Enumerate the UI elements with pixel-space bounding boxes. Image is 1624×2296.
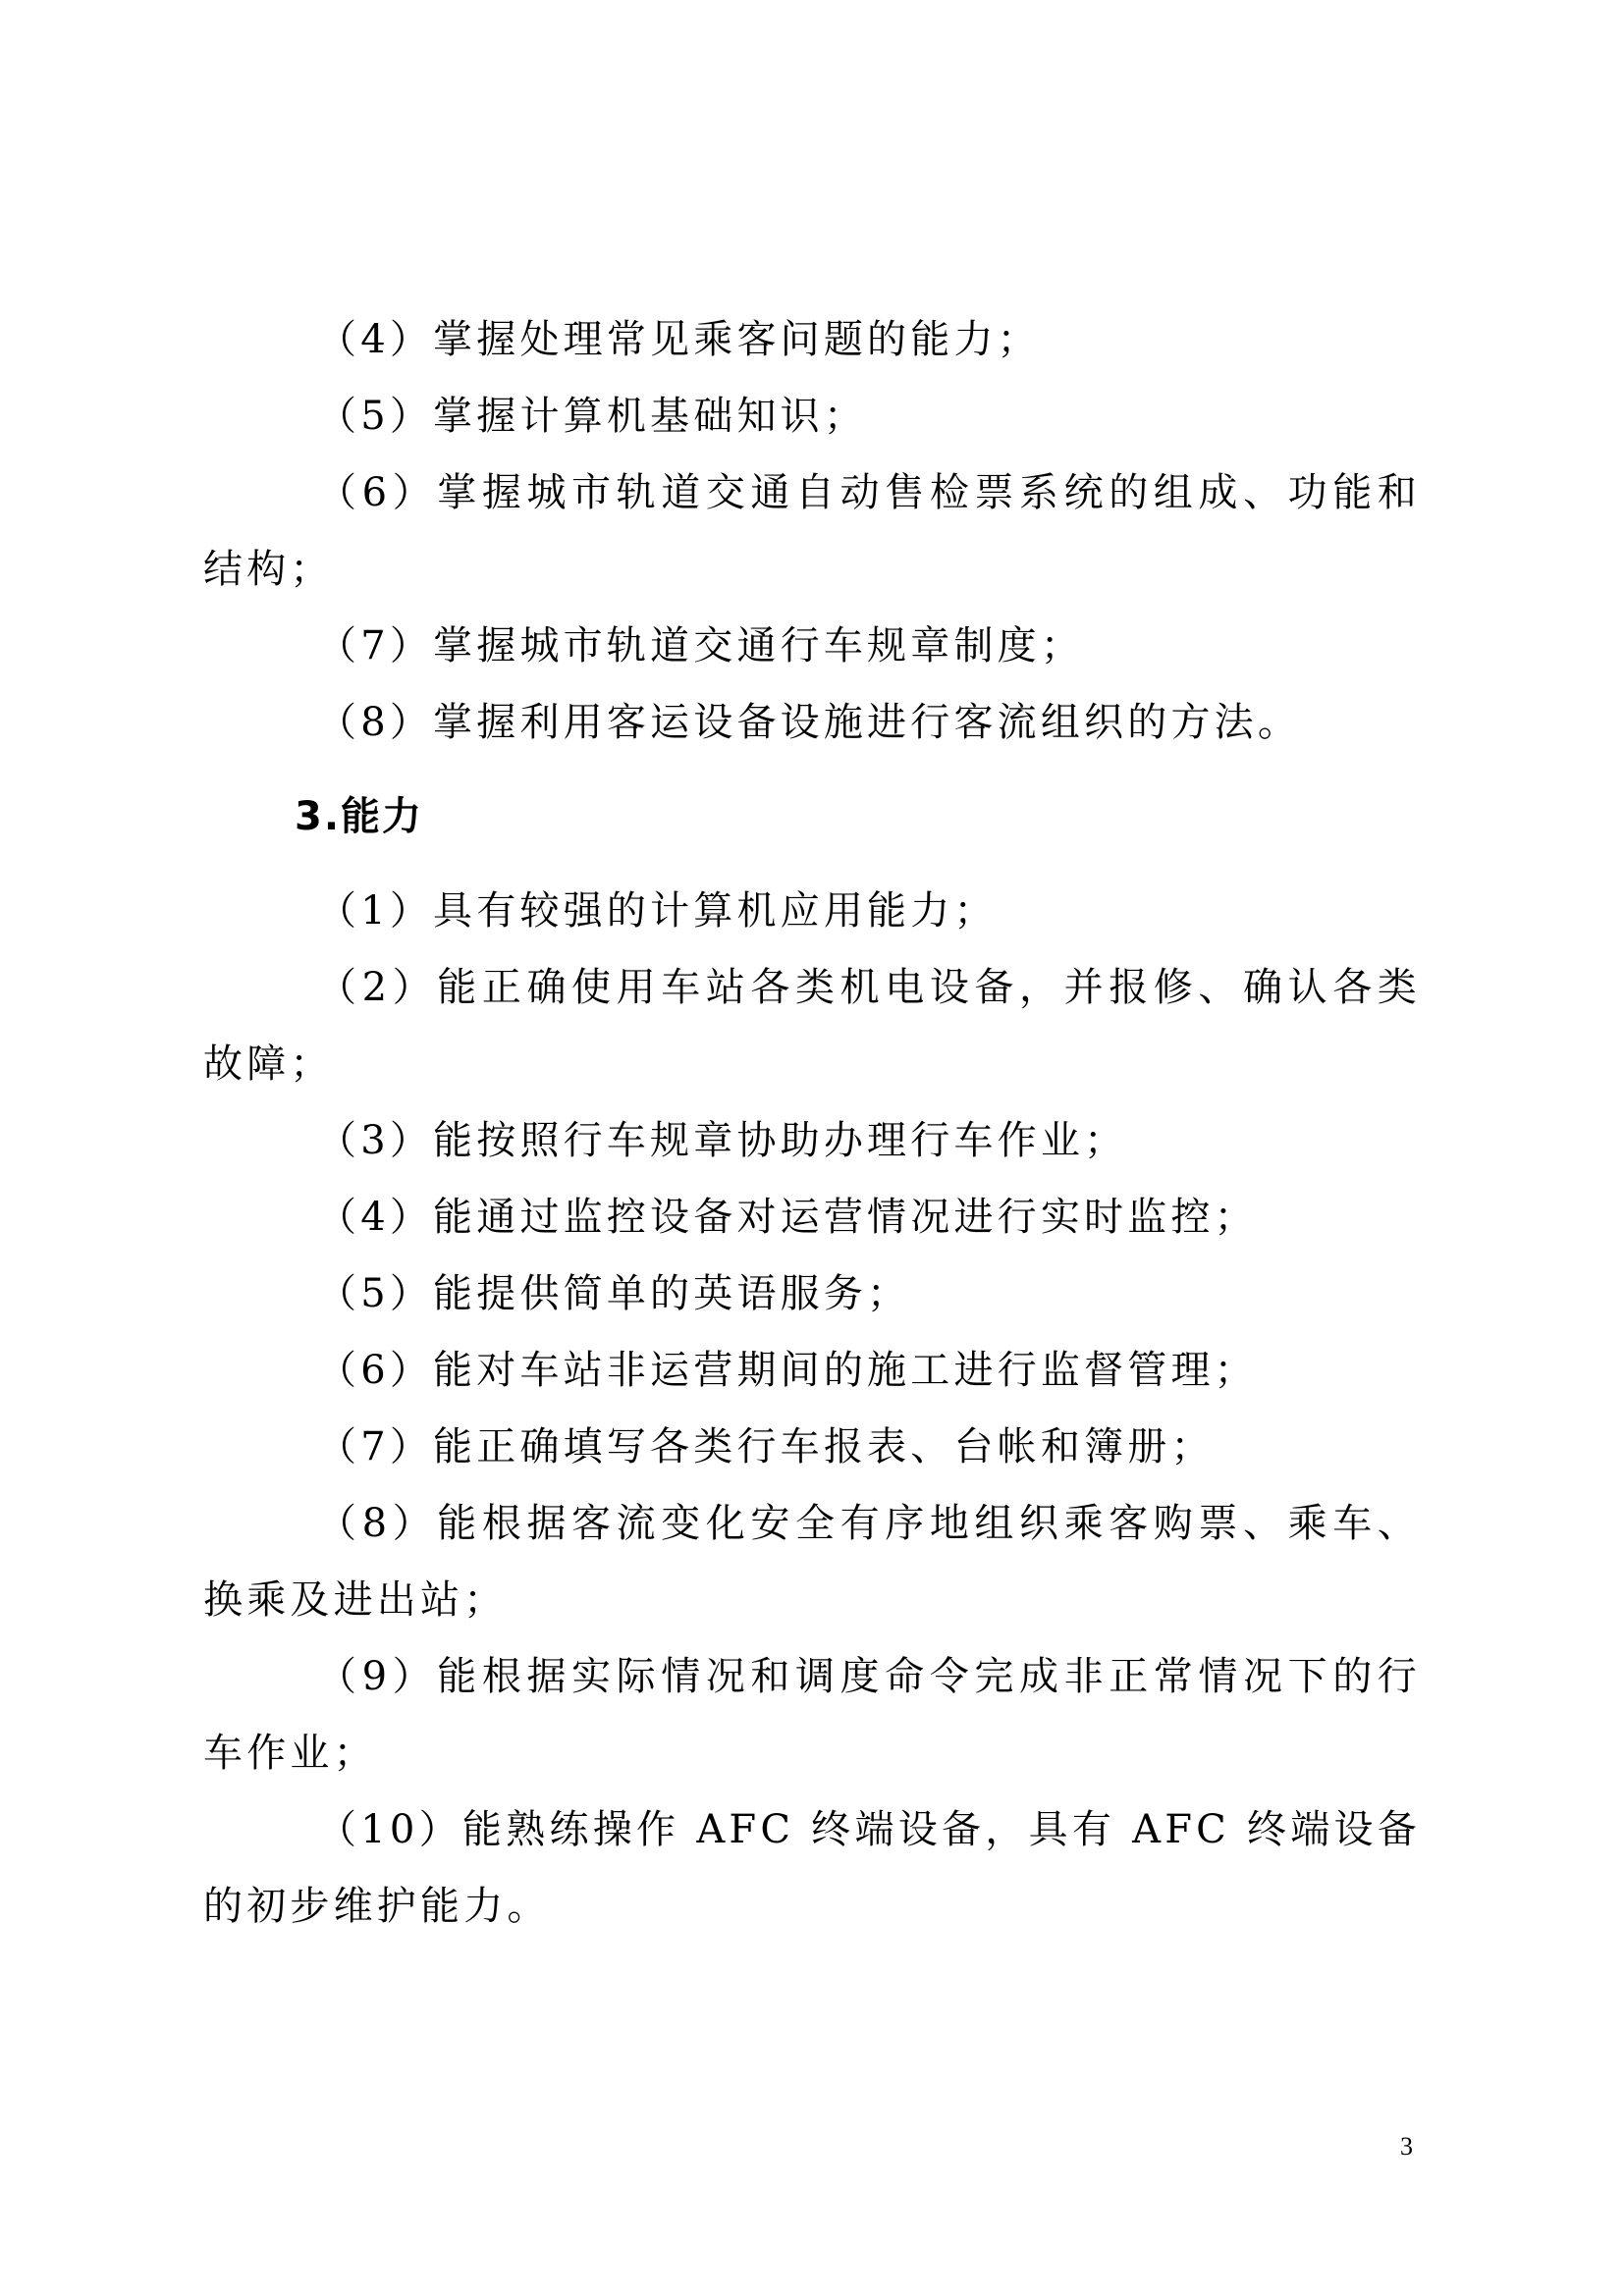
knowledge-item-6: （6）掌握城市轨道交通自动售检票系统的组成、功能和结构； [203, 454, 1421, 608]
page-number: 3 [1400, 2132, 1413, 2162]
ability-item-3: （3）能按照行车规章协助办理行车作业； [203, 1102, 1421, 1179]
knowledge-item-8: （8）掌握利用客运设备设施进行客流组织的方法。 [203, 684, 1421, 761]
ability-item-9: （9）能根据实际情况和调度命令完成非正常情况下的行车作业； [203, 1638, 1421, 1791]
ability-item-2: （2）能正确使用车站各类机电设备，并报修、确认各类故障； [203, 949, 1421, 1102]
ability-item-7: （7）能正确填写各类行车报表、台帐和簿册； [203, 1409, 1421, 1485]
ability-item-8: （8）能根据客流变化安全有序地组织乘客购票、乘车、换乘及进出站； [203, 1485, 1421, 1638]
section-heading-abilities: 3.能力 [203, 778, 1421, 855]
ability-item-10: （10）能熟练操作 AFC 终端设备，具有 AFC 终端设备的初步维护能力。 [203, 1791, 1421, 1945]
ability-item-6: （6）能对车站非运营期间的施工进行监督管理； [203, 1332, 1421, 1409]
ability-item-5: （5）能提供简单的英语服务； [203, 1255, 1421, 1332]
knowledge-item-4: （4）掌握处理常见乘客问题的能力； [203, 301, 1421, 378]
document-body: （4）掌握处理常见乘客问题的能力； （5）掌握计算机基础知识； （6）掌握城市轨… [203, 301, 1421, 1945]
knowledge-item-5: （5）掌握计算机基础知识； [203, 378, 1421, 454]
knowledge-item-7: （7）掌握城市轨道交通行车规章制度； [203, 608, 1421, 684]
document-page: （4）掌握处理常见乘客问题的能力； （5）掌握计算机基础知识； （6）掌握城市轨… [0, 0, 1624, 2296]
ability-item-1: （1）具有较强的计算机应用能力； [203, 873, 1421, 949]
ability-item-4: （4）能通过监控设备对运营情况进行实时监控； [203, 1179, 1421, 1255]
